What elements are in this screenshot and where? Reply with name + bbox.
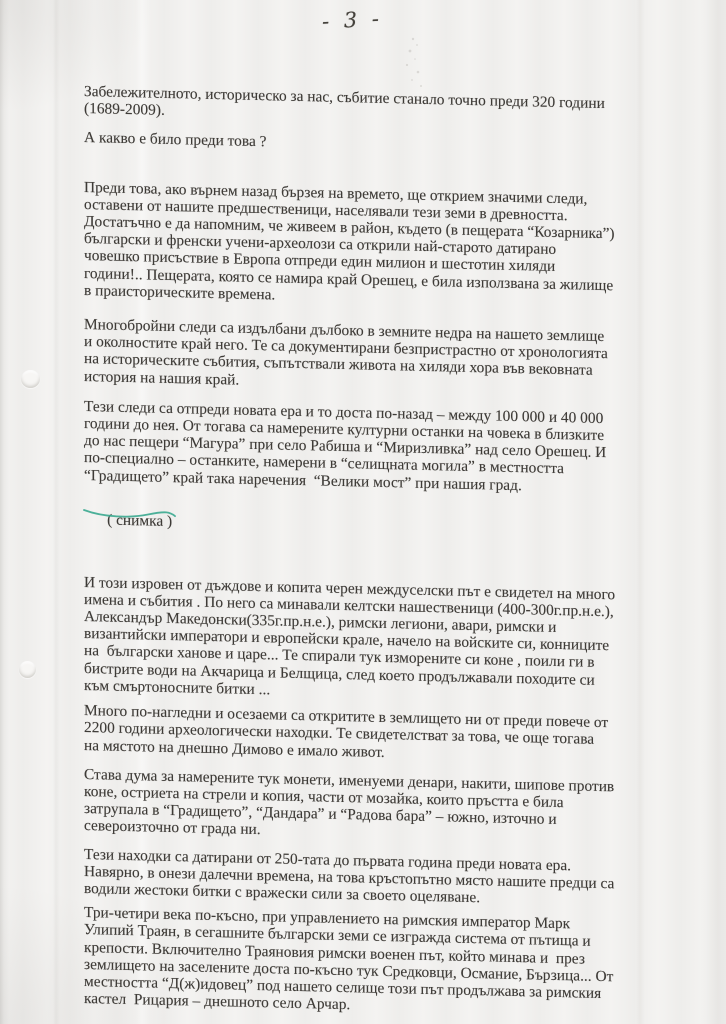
paragraph-ancient-road: И този изровен от дъждове и копита черен… bbox=[84, 574, 724, 709]
paragraph-kozarnika-cave: Преди това, ако върнем назад бързея на в… bbox=[84, 179, 724, 314]
smudge-mark bbox=[392, 32, 432, 90]
paragraph-archeo-finds: Много по-нагледни и осезаеми са откритит… bbox=[84, 702, 724, 768]
document-text: Забележителното, историческо за нас, съб… bbox=[84, 83, 724, 1022]
paragraph-coins-artifacts: Става дума за намерените тук монети, име… bbox=[84, 766, 724, 850]
paragraph-magura-cave: Тези следи са отпреди новата ера и то до… bbox=[84, 398, 724, 499]
paragraph-finds-dating: Тези находки са датирани от 250-тата до … bbox=[84, 846, 724, 912]
paragraph-question: А какво е било преди това ? bbox=[84, 129, 724, 161]
page-number: - 3 - bbox=[321, 6, 383, 33]
green-underline-mark bbox=[82, 507, 178, 521]
paragraph-numerous-traces: Многобройни следи са издълбани дълбоко в… bbox=[84, 316, 724, 400]
paragraph-roman-road: Три-четири века по-късно, при управление… bbox=[84, 904, 724, 1022]
scanned-page: - 3 - Забележителното, историческо за на… bbox=[0, 0, 726, 1024]
photo-note: ( снимка ) bbox=[84, 494, 194, 565]
hole-punch-mark-bottom bbox=[19, 661, 36, 678]
paragraph-event-320-years: Забележителното, историческо за нас, съб… bbox=[84, 83, 724, 132]
hole-punch-mark-top bbox=[21, 370, 40, 388]
